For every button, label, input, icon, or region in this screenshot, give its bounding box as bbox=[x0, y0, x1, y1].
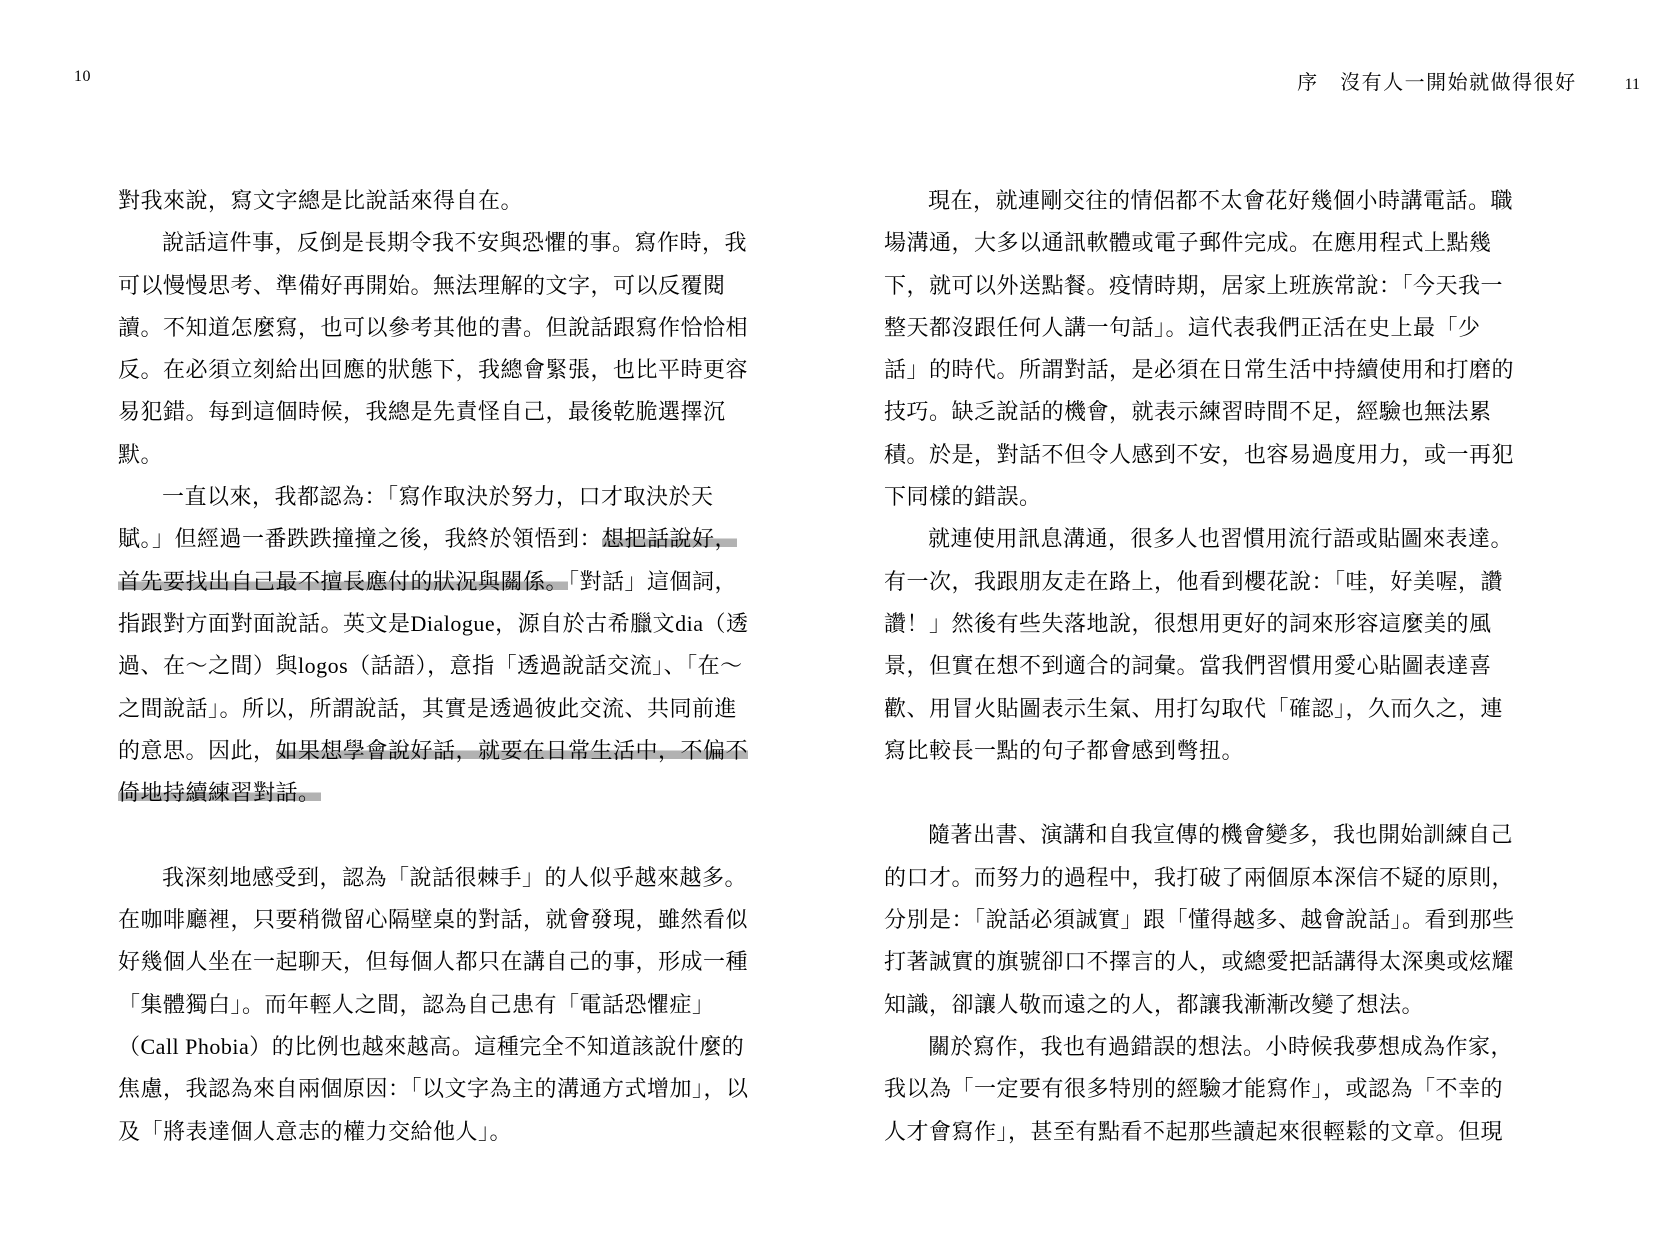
text-line: 話」的時代。所謂對話，是必須在日常生活中持續使用和打磨的 bbox=[884, 349, 1494, 391]
text-line: 在咖啡廳裡，只要稍微留心隔壁桌的對話，就會發現，雖然看似 bbox=[118, 899, 728, 941]
text-segment: 在咖啡廳裡，只要稍微留心隔壁桌的對話，就會發現，雖然看似 bbox=[118, 907, 748, 932]
text-line: 對我來說，寫文字總是比說話來得自在。 bbox=[118, 180, 728, 222]
text-segment: 積。於是，對話不但令人感到不安，也容易過度用力，或一再犯 bbox=[884, 442, 1514, 467]
book-spread: { "colors": { "highlight": "#b2b2b2", "t… bbox=[0, 0, 1654, 1240]
text-line: 景，但實在想不到適合的詞彙。當我們習慣用愛心貼圖表達喜 bbox=[884, 645, 1494, 687]
text-segment: 歡、用冒火貼圖表示生氣、用打勾取代「確認」，久而久之，連 bbox=[884, 696, 1503, 721]
text-segment: 「對話」這個詞， bbox=[568, 569, 737, 594]
text-line: 我以為「一定要有很多特別的經驗才能寫作」，或認為「不幸的 bbox=[884, 1068, 1494, 1110]
text-line: 賦。」但經過一番跌跌撞撞之後，我終於領悟到：想把話說好， bbox=[118, 518, 728, 560]
text-segment: 知識，卻讓人敬而遠之的人，都讓我漸漸改變了想法。 bbox=[884, 992, 1424, 1017]
text-line: 可以慢慢思考、準備好再開始。無法理解的文字，可以反覆閱 bbox=[118, 265, 728, 307]
text-line: 有一次，我跟朋友走在路上，他看到櫻花說：「哇，好美喔，讚 bbox=[884, 561, 1494, 603]
text-segment: 我以為「一定要有很多特別的經驗才能寫作」，或認為「不幸的 bbox=[884, 1076, 1503, 1101]
text-line: 分別是：「說話必須誠實」跟「懂得越多、越會說話」。看到那些 bbox=[884, 899, 1494, 941]
text-line: 首先要找出自己最不擅長應付的狀況與關係。「對話」這個詞， bbox=[118, 561, 728, 603]
text-segment: 人才會寫作」，甚至有點看不起那些讀起來很輕鬆的文章。但現 bbox=[884, 1119, 1503, 1144]
highlighted-text: 想把話說好， bbox=[602, 526, 737, 551]
text-segment: 反。在必須立刻給出回應的狀態下，我總會緊張，也比平時更容 bbox=[118, 357, 748, 382]
text-line: 就連使用訊息溝通，很多人也習慣用流行語或貼圖來表達。 bbox=[884, 518, 1494, 560]
text-line: 讀。不知道怎麼寫，也可以參考其他的書。但說話跟寫作恰恰相 bbox=[118, 307, 728, 349]
text-segment: 下，就可以外送點餐。疫情時期，居家上班族常說：「今天我一 bbox=[884, 273, 1503, 298]
text-line: 讚！」然後有些失落地說，很想用更好的詞來形容這麼美的風 bbox=[884, 603, 1494, 645]
text-line: 指跟對方面對面說話。英文是Dialogue，源自於古希臘文dia（透 bbox=[118, 603, 728, 645]
left-page-number: 10 bbox=[74, 68, 91, 86]
text-line: （Call Phobia）的比例也越來越高。這種完全不知道該說什麼的 bbox=[118, 1026, 728, 1068]
text-segment: 我深刻地感受到，認為「說話很棘手」的人似乎越來越多。 bbox=[162, 865, 747, 890]
text-line: 及「將表達個人意志的權力交給他人」。 bbox=[118, 1111, 728, 1153]
text-line: 好幾個人坐在一起聊天，但每個人都只在講自己的事，形成一種 bbox=[118, 941, 728, 983]
text-segment: 默。 bbox=[118, 442, 163, 467]
text-line: 整天都沒跟任何人講一句話」。這代表我們正活在史上最「少 bbox=[884, 307, 1494, 349]
highlighted-text: 首先要找出自己最不擅長應付的狀況與關係。 bbox=[118, 569, 568, 594]
text-segment: 關於寫作，我也有過錯誤的想法。小時候我夢想成為作家， bbox=[928, 1034, 1513, 1059]
text-line: 默。 bbox=[118, 434, 728, 476]
text-line: 人才會寫作」，甚至有點看不起那些讀起來很輕鬆的文章。但現 bbox=[884, 1111, 1494, 1153]
text-segment: 現在，就連剛交往的情侶都不太會花好幾個小時講電話。職 bbox=[928, 188, 1513, 213]
text-line: 的意思。因此，如果想學會說好話，就要在日常生活中，不偏不 bbox=[118, 730, 728, 772]
text-segment: 可以慢慢思考、準備好再開始。無法理解的文字，可以反覆閱 bbox=[118, 273, 726, 298]
text-segment: （Call Phobia）的比例也越來越高。這種完全不知道該說什麼的 bbox=[118, 1034, 744, 1059]
text-line: 知識，卻讓人敬而遠之的人，都讓我漸漸改變了想法。 bbox=[884, 984, 1494, 1026]
text-line: 下同樣的錯誤。 bbox=[884, 476, 1494, 518]
text-line: 關於寫作，我也有過錯誤的想法。小時候我夢想成為作家， bbox=[884, 1026, 1494, 1068]
text-segment: 就連使用訊息溝通，很多人也習慣用流行語或貼圖來表達。 bbox=[928, 526, 1513, 551]
text-line: 我深刻地感受到，認為「說話很棘手」的人似乎越來越多。 bbox=[118, 857, 728, 899]
text-line: 易犯錯。每到這個時候，我總是先責怪自己，最後乾脆選擇沉 bbox=[118, 391, 728, 433]
right-page-number: 11 bbox=[1625, 76, 1640, 94]
text-segment: 分別是：「說話必須誠實」跟「懂得越多、越會說話」。看到那些 bbox=[884, 907, 1515, 932]
text-line: 的口才。而努力的過程中，我打破了兩個原本深信不疑的原則， bbox=[884, 857, 1494, 899]
text-segment: 賦。」但經過一番跌跌撞撞之後，我終於領悟到： bbox=[118, 526, 602, 551]
text-line: 打著誠實的旗號卻口不擇言的人，或總愛把話講得太深奧或炫耀 bbox=[884, 941, 1494, 983]
left-page-text-column: 對我來說，寫文字總是比說話來得自在。說話這件事，反倒是長期令我不安與恐懼的事。寫… bbox=[118, 180, 728, 1153]
text-segment: 及「將表達個人意志的權力交給他人」。 bbox=[118, 1119, 512, 1144]
running-header: 序 沒有人一開始就做得很好 11 bbox=[1297, 66, 1640, 95]
text-line: 積。於是，對話不但令人感到不安，也容易過度用力，或一再犯 bbox=[884, 434, 1494, 476]
text-line: 倚地持續練習對話。 bbox=[118, 772, 728, 814]
text-segment: 焦慮，我認為來自兩個原因：「以文字為主的溝通方式增加」，以 bbox=[118, 1076, 749, 1101]
text-line: 場溝通，大多以通訊軟體或電子郵件完成。在應用程式上點幾 bbox=[884, 222, 1494, 264]
text-segment: 有一次，我跟朋友走在路上，他看到櫻花說：「哇，好美喔，讚 bbox=[884, 569, 1503, 594]
text-segment: 隨著出書、演講和自我宣傳的機會變多，我也開始訓練自己 bbox=[928, 822, 1513, 847]
text-segment: 對我來說，寫文字總是比說話來得自在。 bbox=[118, 188, 523, 213]
text-segment: 「集體獨白」。而年輕人之間，認為自己患有「電話恐懼症」 bbox=[118, 992, 715, 1017]
text-line: 「集體獨白」。而年輕人之間，認為自己患有「電話恐懼症」 bbox=[118, 984, 728, 1026]
text-line: 隨著出書、演講和自我宣傳的機會變多，我也開始訓練自己 bbox=[884, 814, 1494, 856]
text-line: 現在，就連剛交往的情侶都不太會花好幾個小時講電話。職 bbox=[884, 180, 1494, 222]
text-line: 技巧。缺乏說話的機會，就表示練習時間不足，經驗也無法累 bbox=[884, 391, 1494, 433]
text-line: 說話這件事，反倒是長期令我不安與恐懼的事。寫作時，我 bbox=[118, 222, 728, 264]
text-segment: 好幾個人坐在一起聊天，但每個人都只在講自己的事，形成一種 bbox=[118, 949, 748, 974]
text-segment: 讚！」然後有些失落地說，很想用更好的詞來形容這麼美的風 bbox=[884, 611, 1492, 636]
text-line: 反。在必須立刻給出回應的狀態下，我總會緊張，也比平時更容 bbox=[118, 349, 728, 391]
text-line: 過、在～之間）與logos（話語），意指「透過說話交流」、「在～ bbox=[118, 645, 728, 687]
highlighted-text: 如果想學會說好話，就要在日常生活中，不偏不 bbox=[276, 738, 749, 763]
text-line: 焦慮，我認為來自兩個原因：「以文字為主的溝通方式增加」，以 bbox=[118, 1068, 728, 1110]
text-segment: 整天都沒跟任何人講一句話」。這代表我們正活在史上最「少 bbox=[884, 315, 1481, 340]
text-line: 一直以來，我都認為：「寫作取決於努力，口才取決於天 bbox=[118, 476, 728, 518]
text-segment: 技巧。缺乏說話的機會，就表示練習時間不足，經驗也無法累 bbox=[884, 399, 1492, 424]
text-segment: 指跟對方面對面說話。英文是Dialogue，源自於古希臘文dia（透 bbox=[118, 611, 749, 636]
text-segment: 的口才。而努力的過程中，我打破了兩個原本深信不疑的原則， bbox=[884, 865, 1514, 890]
text-segment: 讀。不知道怎麼寫，也可以參考其他的書。但說話跟寫作恰恰相 bbox=[118, 315, 748, 340]
text-line: 歡、用冒火貼圖表示生氣、用打勾取代「確認」，久而久之，連 bbox=[884, 688, 1494, 730]
text-line: 寫比較長一點的句子都會感到彆扭。 bbox=[884, 730, 1494, 772]
text-segment: 打著誠實的旗號卻口不擇言的人，或總愛把話講得太深奧或炫耀 bbox=[884, 949, 1514, 974]
text-segment: 寫比較長一點的句子都會感到彆扭。 bbox=[884, 738, 1244, 763]
text-segment: 之間說話」。所以，所謂說話，其實是透過彼此交流、共同前進 bbox=[118, 696, 737, 721]
text-segment: 景，但實在想不到適合的詞彙。當我們習慣用愛心貼圖表達喜 bbox=[884, 653, 1492, 678]
text-segment: 場溝通，大多以通訊軟體或電子郵件完成。在應用程式上點幾 bbox=[884, 230, 1492, 255]
chapter-header-title: 序 沒有人一開始就做得很好 bbox=[1297, 66, 1577, 95]
text-segment: 說話這件事，反倒是長期令我不安與恐懼的事。寫作時，我 bbox=[162, 230, 747, 255]
text-segment: 話」的時代。所謂對話，是必須在日常生活中持續使用和打磨的 bbox=[884, 357, 1514, 382]
text-segment: 的意思。因此， bbox=[118, 738, 276, 763]
right-page-text-column: 現在，就連剛交往的情侶都不太會花好幾個小時講電話。職場溝通，大多以通訊軟體或電子… bbox=[884, 180, 1494, 1153]
blank-line bbox=[118, 814, 728, 856]
text-segment: 一直以來，我都認為：「寫作取決於努力，口才取決於天 bbox=[162, 484, 714, 509]
blank-line bbox=[884, 772, 1494, 814]
text-segment: 下同樣的錯誤。 bbox=[884, 484, 1042, 509]
text-line: 下，就可以外送點餐。疫情時期，居家上班族常說：「今天我一 bbox=[884, 265, 1494, 307]
text-segment: 過、在～之間）與logos（話語），意指「透過說話交流」、「在～ bbox=[118, 653, 743, 678]
text-line: 之間說話」。所以，所謂說話，其實是透過彼此交流、共同前進 bbox=[118, 688, 728, 730]
highlighted-text: 倚地持續練習對話。 bbox=[118, 780, 321, 805]
text-segment: 易犯錯。每到這個時候，我總是先責怪自己，最後乾脆選擇沉 bbox=[118, 399, 726, 424]
